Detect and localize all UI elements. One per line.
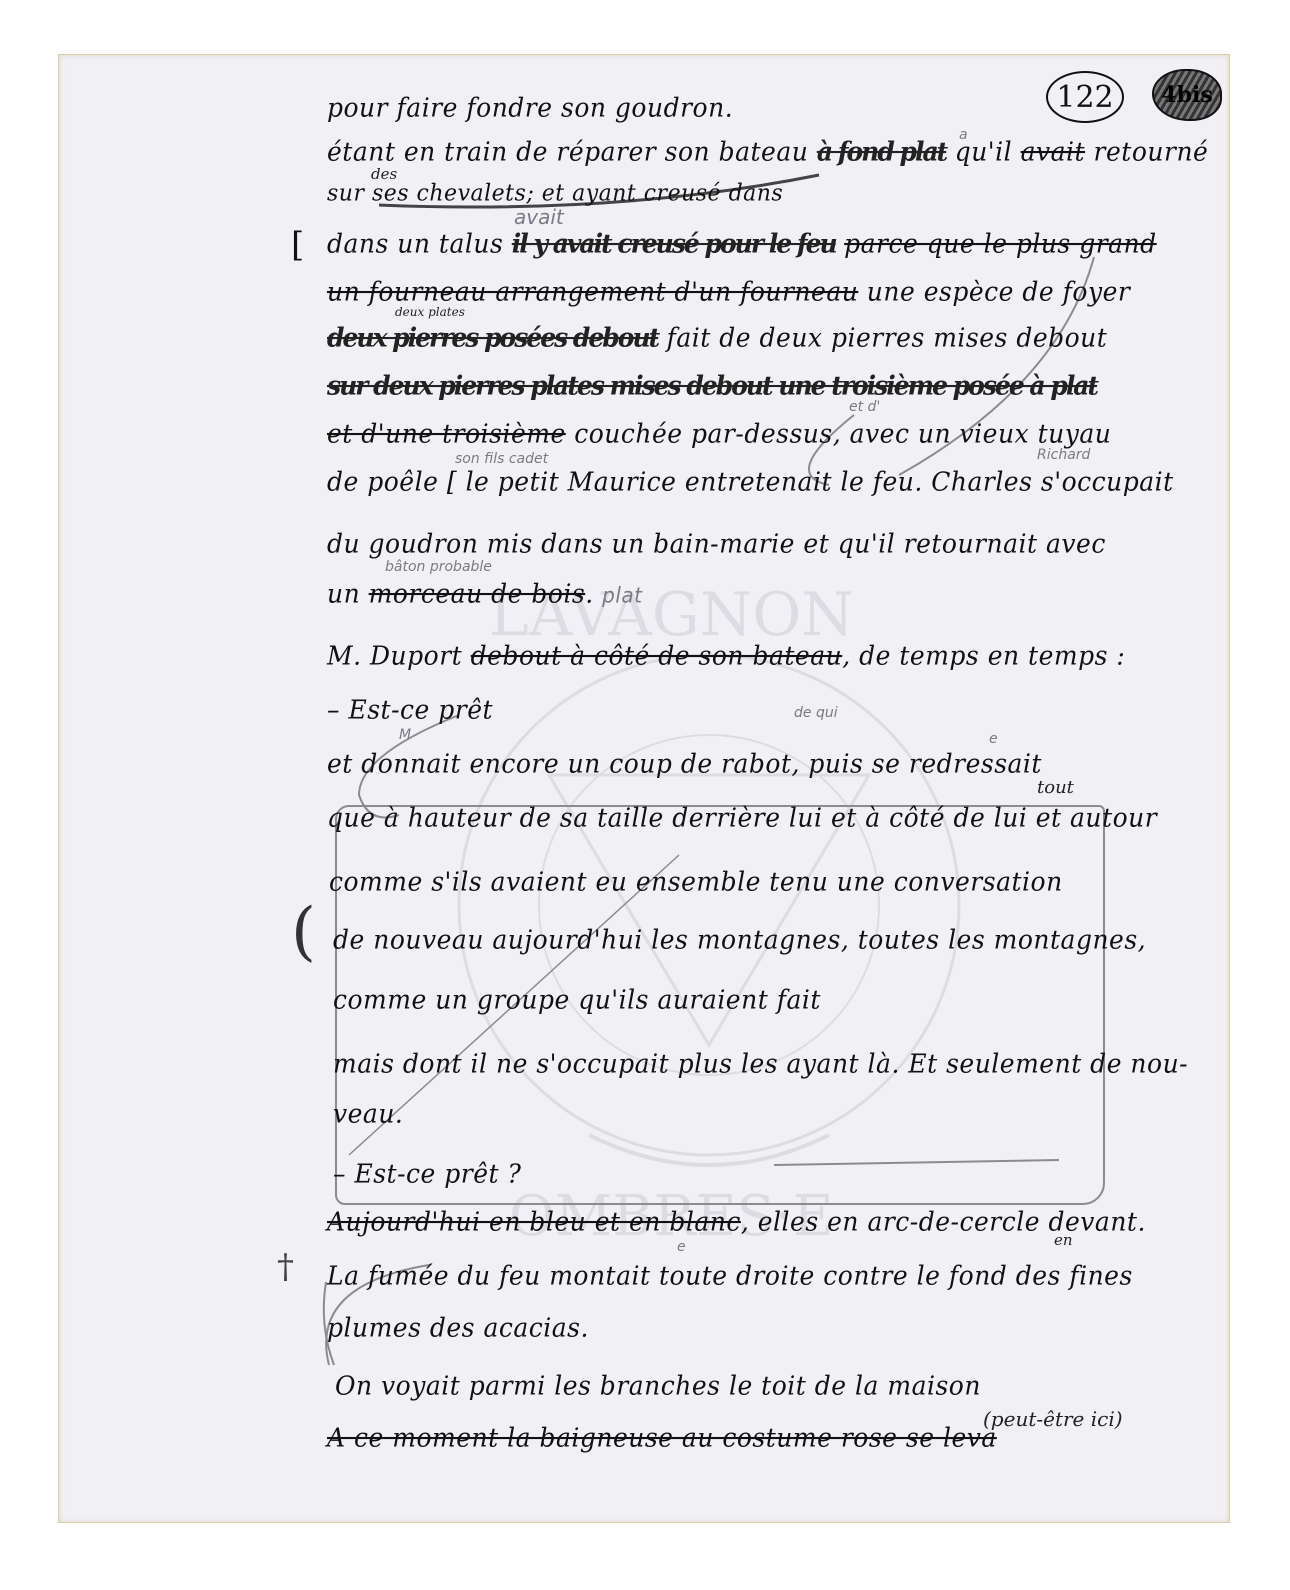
manuscript-line: On voyait parmi les branches le toit de … [335, 1370, 981, 1400]
manuscript-line: sur ses chevalets; et ayant creusé dans [327, 180, 783, 206]
margin-note: (peut-être ici) [983, 1407, 1123, 1431]
manuscript-line: étant en train de réparer son bateau à f… [327, 136, 1208, 166]
pencil-note: e [989, 731, 998, 747]
manuscript-line: plumes des acacias. [327, 1312, 589, 1342]
pencil-note: son fils cadet [455, 451, 548, 467]
pencil-note: de qui [794, 705, 838, 721]
manuscript-line: M. Duport debout à côté de son bateau, d… [327, 640, 1125, 670]
pencil-note: a [959, 127, 968, 143]
ink-note: en [1054, 1231, 1073, 1249]
pencil-note: bâton probable [385, 559, 492, 575]
manuscript-line: Aujourd'hui en bleu et en blanc, elles e… [327, 1206, 1146, 1236]
manuscript-line: et donnait encore un coup de rabot, puis… [327, 748, 1042, 778]
pencil-note: plat [602, 582, 642, 607]
pencil-note: avait [514, 205, 564, 229]
manuscript-page: LAVAGNON OMBRES·E 122 4bis [ ( † pour fa… [58, 54, 1230, 1523]
manuscript-line: un fourneau arrangement d'un fourneau un… [327, 276, 1130, 306]
manuscript-line: dans un talus il y avait creusé pour le … [327, 228, 1157, 258]
pencil-note: et d' [849, 399, 880, 415]
margin-bracket: [ [291, 225, 304, 265]
manuscript-line: – Est-ce prêt [327, 694, 493, 724]
margin-cross-icon: † [277, 1247, 294, 1287]
pencil-note: e [677, 1239, 686, 1255]
ink-note: deux plates [395, 305, 465, 319]
manuscript-line: comme un groupe qu'ils auraient fait [333, 984, 821, 1014]
pencil-note: Richard [1037, 447, 1090, 463]
manuscript-line: A ce moment la baigneuse au costume rose… [327, 1422, 997, 1452]
manuscript-line: de nouveau aujourd'hui les montagnes, to… [333, 924, 1146, 954]
margin-brace: ( [291, 895, 316, 969]
manuscript-line: un morceau de bois. plat [327, 578, 643, 608]
ink-note: tout [1037, 777, 1074, 798]
manuscript-line: pour faire fondre son goudron. [327, 92, 733, 122]
manuscript-line: sur deux pierres plates mises debout une… [327, 370, 1097, 400]
manuscript-line: mais dont il ne s'occupait plus les ayan… [333, 1048, 1188, 1078]
manuscript-line: et d'une troisième couchée par-dessus, a… [327, 418, 1111, 448]
manuscript-line: du goudron mis dans un bain-marie et qu'… [327, 528, 1106, 558]
manuscript-line: La fumée du feu montait toute droite con… [327, 1260, 1133, 1290]
manuscript-line: deux pierres posées debout fait de deux … [327, 322, 1107, 352]
manuscript-line: que à hauteur de sa taille derrière lui … [327, 802, 1157, 832]
manuscript-line: – Est-ce prêt ? [333, 1158, 521, 1188]
manuscript-line: comme s'ils avaient eu ensemble tenu une… [329, 866, 1063, 896]
pencil-note: M [399, 727, 411, 743]
manuscript-line: de poêle [ le petit Maurice entretenait … [327, 466, 1174, 496]
manuscript-line: veau. [333, 1098, 403, 1128]
